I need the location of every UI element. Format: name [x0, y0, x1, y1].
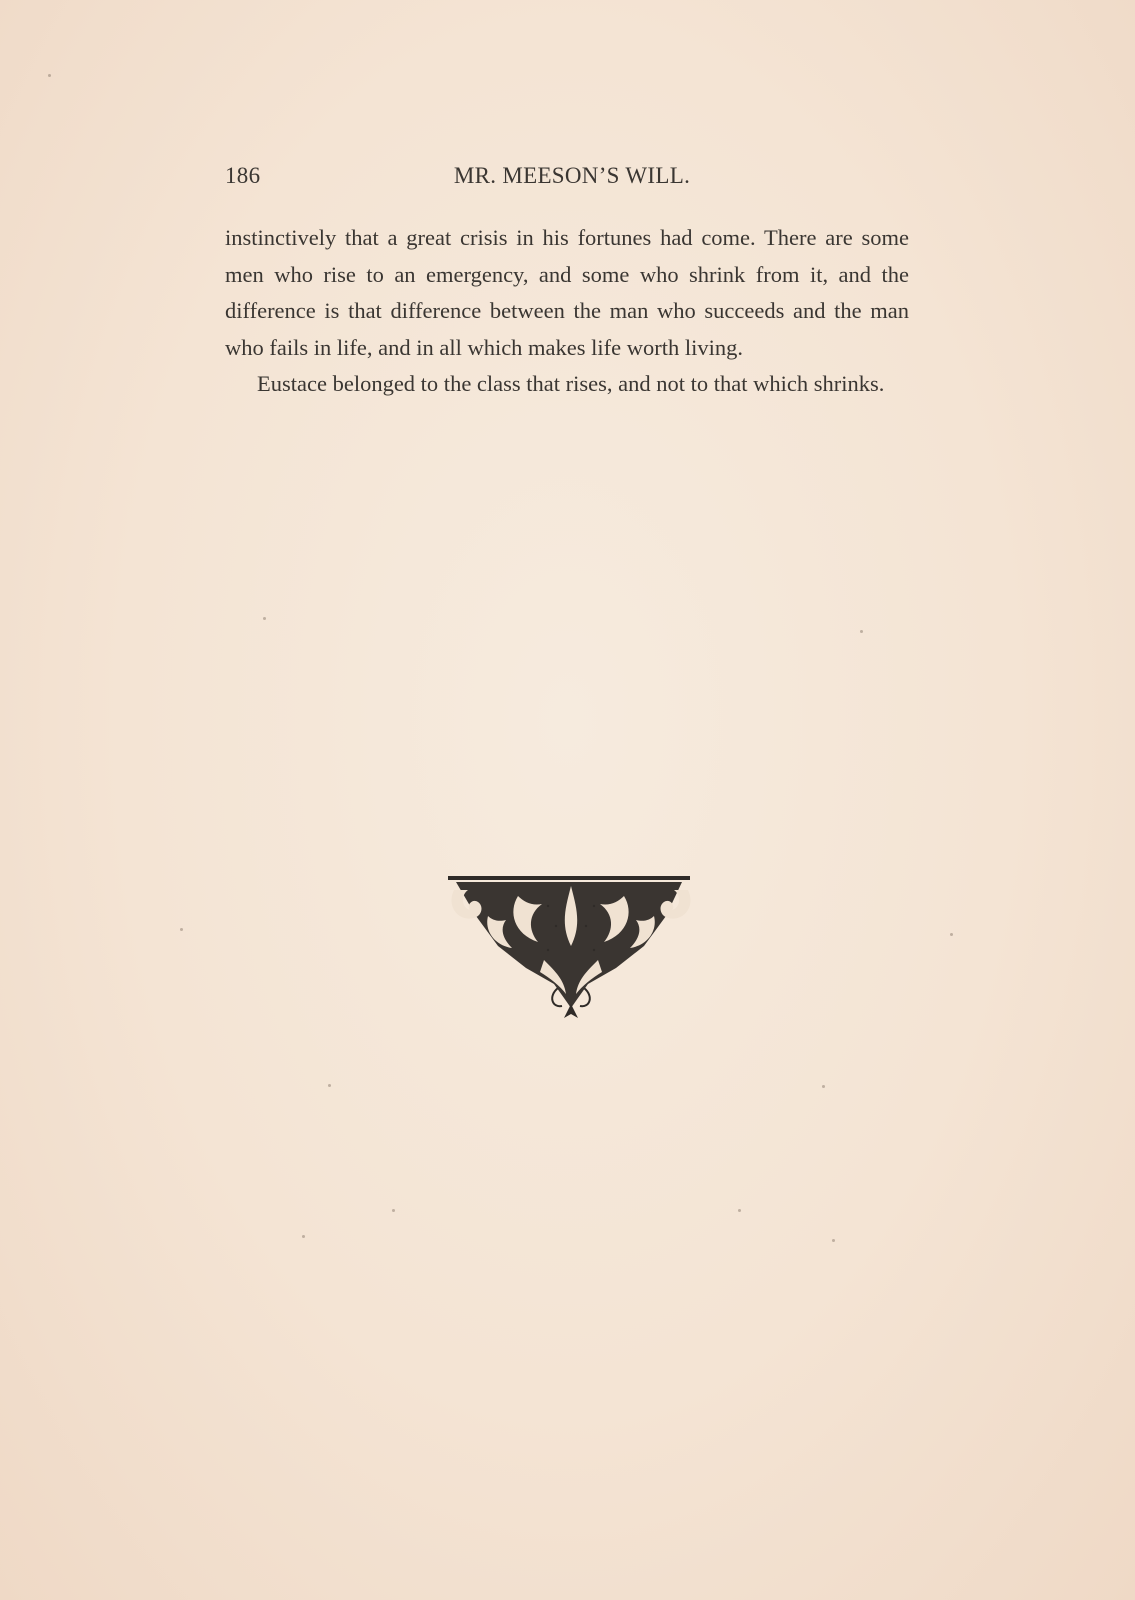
- paper-speck: [738, 1209, 741, 1212]
- body-text: instinctively that a great crisis in his…: [225, 220, 909, 403]
- paper-speck: [392, 1209, 395, 1212]
- paper-speck: [950, 933, 953, 936]
- paper-speck: [832, 1239, 835, 1242]
- paper-speck: [180, 928, 183, 931]
- running-head: 186 MR. MEESON’S WILL.: [225, 163, 909, 193]
- paragraph: Eustace belonged to the class that rises…: [225, 366, 909, 403]
- book-page: 186 MR. MEESON’S WILL. instinctively tha…: [0, 0, 1135, 1600]
- running-title: MR. MEESON’S WILL.: [225, 163, 909, 189]
- paper-speck: [860, 630, 863, 633]
- tailpiece-ornament-icon: [448, 876, 694, 1022]
- paper-speck: [263, 617, 266, 620]
- paper-speck: [328, 1084, 331, 1087]
- paragraph: instinctively that a great crisis in his…: [225, 220, 909, 366]
- paper-speck: [822, 1085, 825, 1088]
- paper-speck: [48, 74, 51, 77]
- paper-speck: [302, 1235, 305, 1238]
